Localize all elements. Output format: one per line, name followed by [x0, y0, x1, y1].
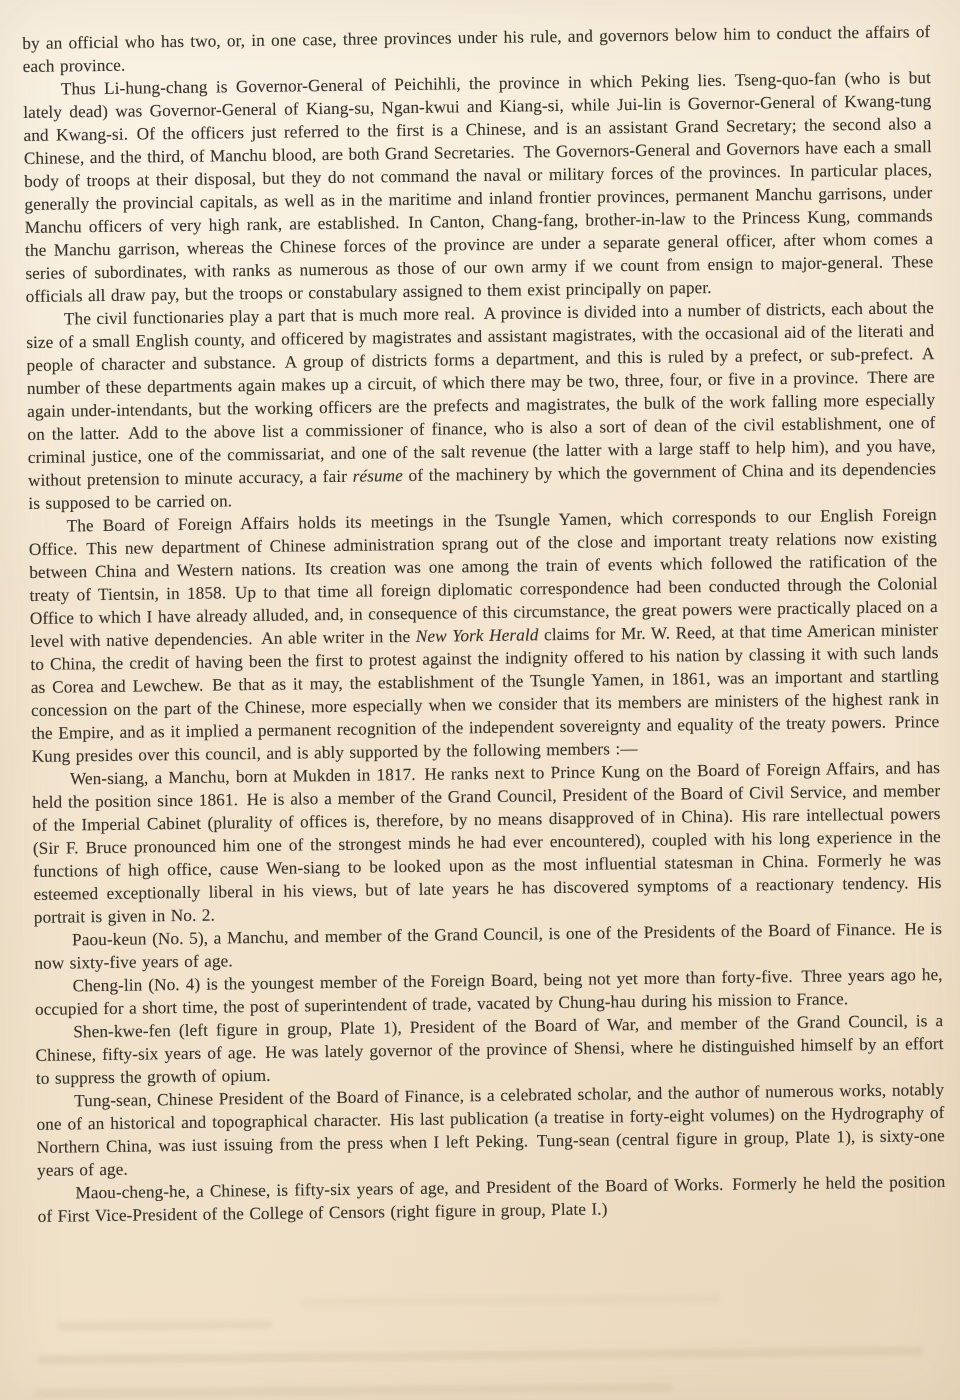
paragraph: Shen-kwe-fen (left figure in group, Plat…: [35, 1009, 944, 1090]
paragraph: The civil functionaries play a part that…: [26, 296, 937, 515]
paragraph: Thus Li-hung-chang is Governor-General o…: [23, 66, 934, 308]
body-text: Tung-sean, Chinese President of the Boar…: [36, 1080, 944, 1180]
paragraph: The Board of Foreign Affairs holds its m…: [29, 503, 940, 768]
showthrough-smudge: [300, 1294, 720, 1307]
body-text: Maou-cheng-he, a Chinese, is fifty-six y…: [38, 1172, 946, 1226]
scanned-page: by an official who has two, or, in one c…: [0, 0, 960, 1400]
body-text: Thus Li-hung-chang is Governor-General o…: [23, 68, 933, 306]
paragraph: Tung-sean, Chinese President of the Boar…: [36, 1078, 945, 1182]
body-text: Shen-kwe-fen (left figure in group, Plat…: [35, 1011, 943, 1088]
body-text: Wen-siang, a Manchu, born at Mukden in 1…: [32, 758, 941, 927]
showthrough-smudge: [58, 1320, 273, 1331]
paragraph: Wen-siang, a Manchu, born at Mukden in 1…: [32, 756, 942, 929]
showthrough-smudge: [34, 1383, 674, 1399]
showthrough-smudge: [36, 1346, 924, 1364]
page-text: by an official who has two, or, in one c…: [22, 20, 946, 1228]
italic-text: résume: [353, 466, 403, 486]
italic-text: New York Herald: [416, 625, 539, 646]
